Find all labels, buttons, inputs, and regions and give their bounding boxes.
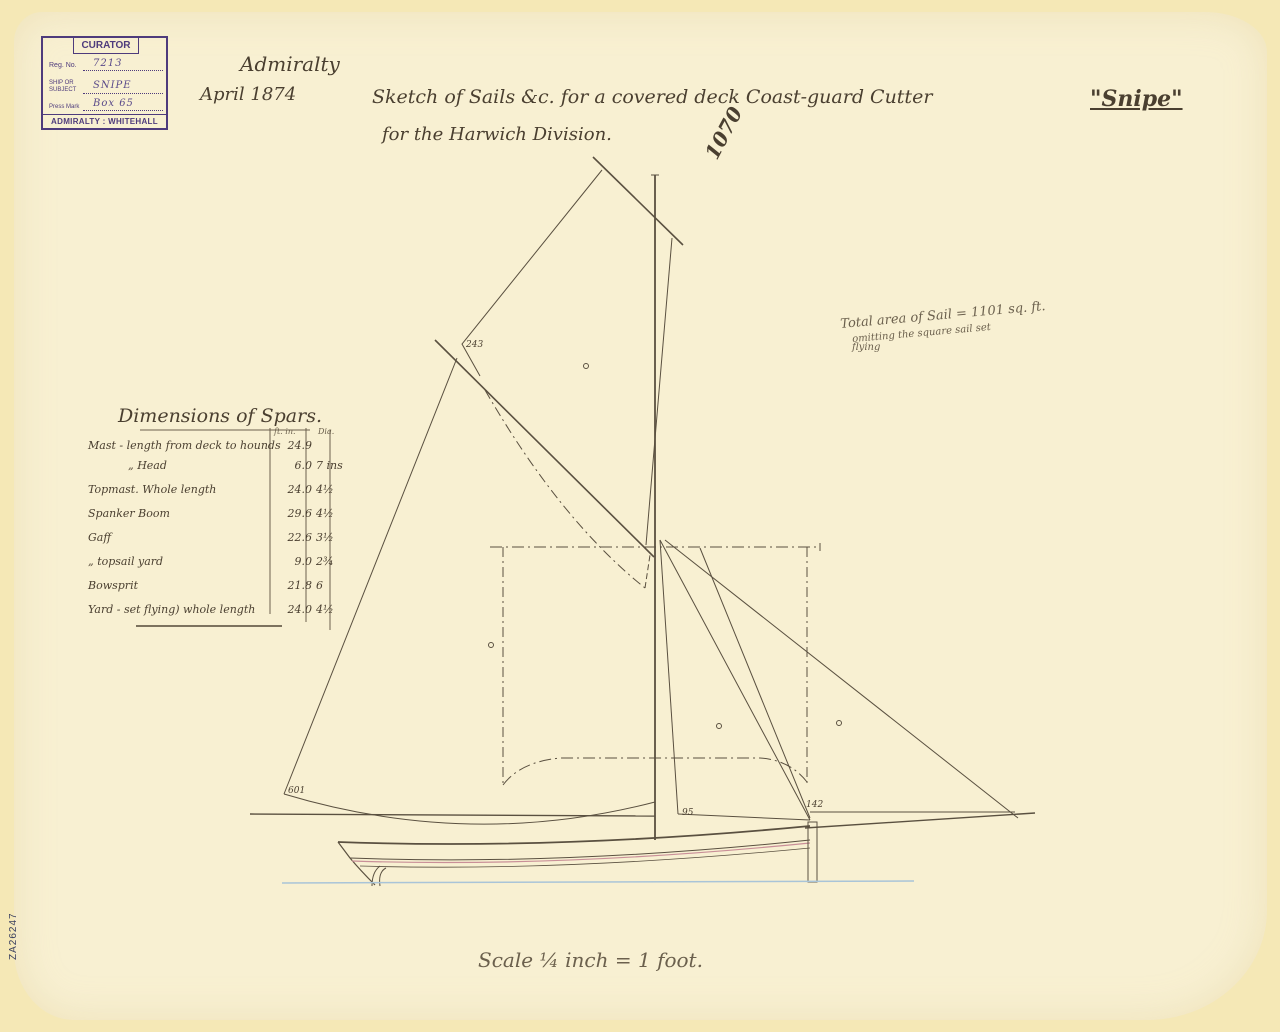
table-row: Gaff 22.6 3½	[88, 531, 358, 551]
hull-sheer	[338, 826, 810, 844]
table-row: Topmast. Whole length 24.0 4½	[88, 483, 358, 503]
gaff	[435, 340, 654, 557]
topsail-yard	[593, 157, 683, 245]
jib-area-label: 142	[806, 800, 823, 810]
waterline	[282, 881, 914, 883]
bowsprit	[805, 813, 1035, 828]
col-header-dia: Dia.	[318, 427, 334, 436]
archive-id: ZA26247	[8, 912, 19, 960]
table-row: Mast - length from deck to hounds 24.9	[88, 439, 358, 459]
table-row: Yard - set flying) whole length 24.0 4½	[88, 603, 358, 623]
table-row: Spanker Boom 29.6 4½	[88, 507, 358, 527]
boom	[250, 814, 655, 816]
table-row: „ topsail yard 9.0 2¾	[88, 555, 358, 575]
scale-note: Scale ¼ inch = 1 foot.	[478, 948, 703, 972]
mainsail-area-label: 601	[288, 786, 305, 796]
topsail-area-label: 243	[466, 340, 483, 350]
table-row: „ Head 6.0 7 ins	[88, 459, 358, 479]
spars-table-title: Dimensions of Spars.	[118, 405, 322, 427]
foresail-area-label: 95	[682, 808, 693, 818]
spars-table: Dimensions of Spars. ft. in. Dia. Mast -…	[88, 405, 358, 635]
col-header-length: ft. in.	[274, 427, 296, 436]
table-row: Bowsprit 21.8 6	[88, 579, 358, 599]
